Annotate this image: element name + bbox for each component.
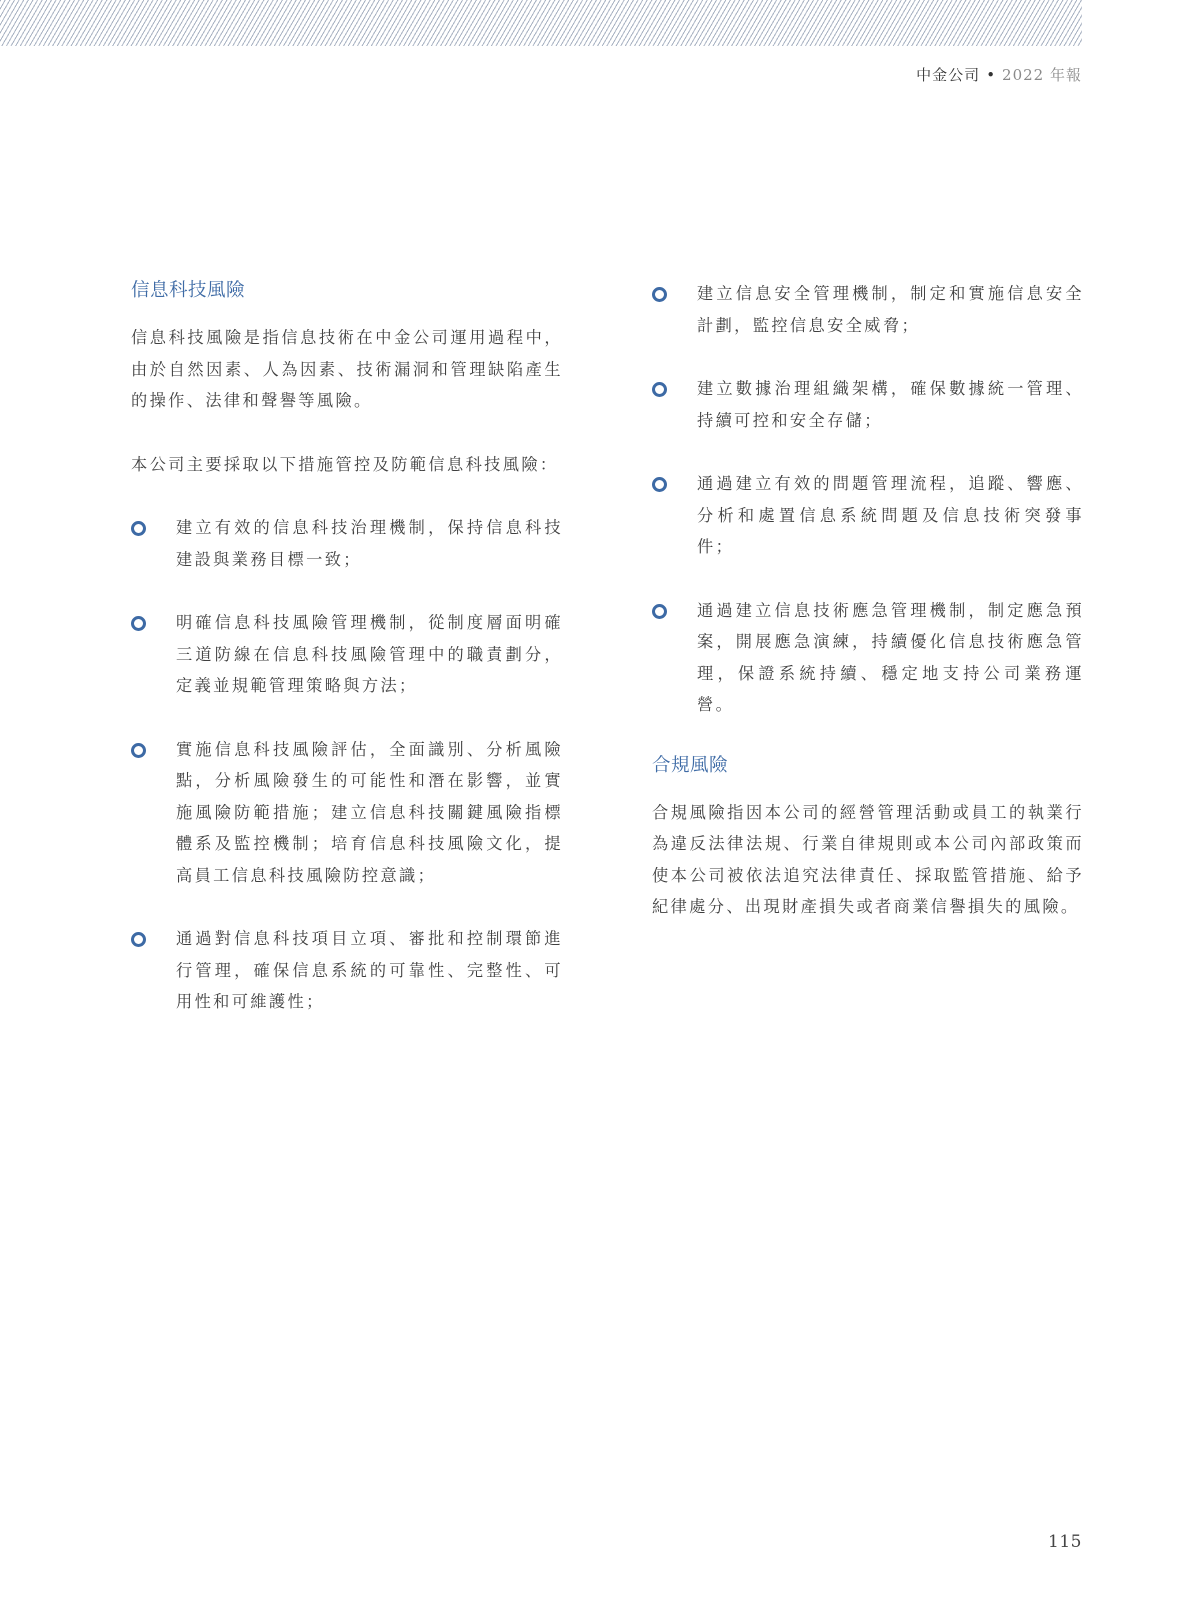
- ring-bullet-icon: [131, 521, 146, 536]
- section-title-compliance-risk: 合規風險: [652, 753, 1084, 779]
- list-item: 通過建立有效的問題管理流程，追蹤、響應、分析和處置信息系統問題及信息技術突發事件…: [652, 468, 1084, 563]
- list-item: 明確信息科技風險管理機制，從制度層面明確三道防線在信息科技風險管理中的職責劃分，…: [131, 607, 563, 702]
- it-risk-measures-list-continued: 建立信息安全管理機制，制定和實施信息安全計劃，監控信息安全威脅； 建立數據治理組…: [652, 278, 1084, 721]
- separator-dot: •: [986, 66, 996, 84]
- list-item: 建立信息安全管理機制，制定和實施信息安全計劃，監控信息安全威脅；: [652, 278, 1084, 341]
- list-item-text: 建立信息安全管理機制，制定和實施信息安全計劃，監控信息安全威脅；: [697, 284, 1084, 335]
- list-item: 通過對信息科技項目立項、審批和控制環節進行管理，確保信息系統的可靠性、完整性、可…: [131, 923, 563, 1018]
- ring-bullet-icon: [652, 477, 667, 492]
- left-column: 信息科技風險 信息科技風險是指信息技術在中金公司運用過程中，由於自然因素、人為因…: [131, 278, 563, 1050]
- list-item: 建立有效的信息科技治理機制，保持信息科技建設與業務目標一致；: [131, 512, 563, 575]
- ring-bullet-icon: [131, 616, 146, 631]
- ring-bullet-icon: [652, 604, 667, 619]
- section-title-it-risk: 信息科技風險: [131, 278, 563, 304]
- compliance-risk-definition: 合規風險指因本公司的經營管理活動或員工的執業行為違反法律法規、行業自律規則或本公…: [652, 797, 1084, 923]
- list-item-text: 明確信息科技風險管理機制，從制度層面明確三道防線在信息科技風險管理中的職責劃分，…: [176, 613, 563, 695]
- list-item: 實施信息科技風險評估，全面識別、分析風險點，分析風險發生的可能性和潛在影響，並實…: [131, 734, 563, 892]
- it-risk-lead-in: 本公司主要採取以下措施管控及防範信息科技風險：: [131, 449, 563, 481]
- it-risk-definition: 信息科技風險是指信息技術在中金公司運用過程中，由於自然因素、人為因素、技術漏洞和…: [131, 322, 563, 417]
- running-header: 中金公司•2022 年報: [916, 64, 1082, 85]
- list-item-text: 建立有效的信息科技治理機制，保持信息科技建設與業務目標一致；: [176, 518, 563, 569]
- list-item-text: 通過建立有效的問題管理流程，追蹤、響應、分析和處置信息系統問題及信息技術突發事件…: [697, 474, 1084, 556]
- list-item: 通過建立信息技術應急管理機制，制定應急預案，開展應急演練，持續優化信息技術應急管…: [652, 595, 1084, 721]
- it-risk-measures-list: 建立有效的信息科技治理機制，保持信息科技建設與業務目標一致； 明確信息科技風險管…: [131, 512, 563, 1018]
- ring-bullet-icon: [131, 743, 146, 758]
- list-item-text: 通過建立信息技術應急管理機制，制定應急預案，開展應急演練，持續優化信息技術應急管…: [697, 601, 1084, 715]
- decorative-hatch-band: [0, 0, 1082, 46]
- right-column: 建立信息安全管理機制，制定和實施信息安全計劃，監控信息安全威脅； 建立數據治理組…: [652, 278, 1084, 955]
- list-item: 建立數據治理組織架構，確保數據統一管理、持續可控和安全存儲；: [652, 373, 1084, 436]
- list-item-text: 通過對信息科技項目立項、審批和控制環節進行管理，確保信息系統的可靠性、完整性、可…: [176, 929, 563, 1011]
- ring-bullet-icon: [131, 932, 146, 947]
- list-item-text: 建立數據治理組織架構，確保數據統一管理、持續可控和安全存儲；: [697, 379, 1084, 430]
- ring-bullet-icon: [652, 287, 667, 302]
- ring-bullet-icon: [652, 382, 667, 397]
- page-number: 115: [1048, 1532, 1082, 1552]
- list-item-text: 實施信息科技風險評估，全面識別、分析風險點，分析風險發生的可能性和潛在影響，並實…: [176, 740, 563, 885]
- report-title: 2022 年報: [1002, 66, 1082, 84]
- company-name: 中金公司: [916, 66, 980, 84]
